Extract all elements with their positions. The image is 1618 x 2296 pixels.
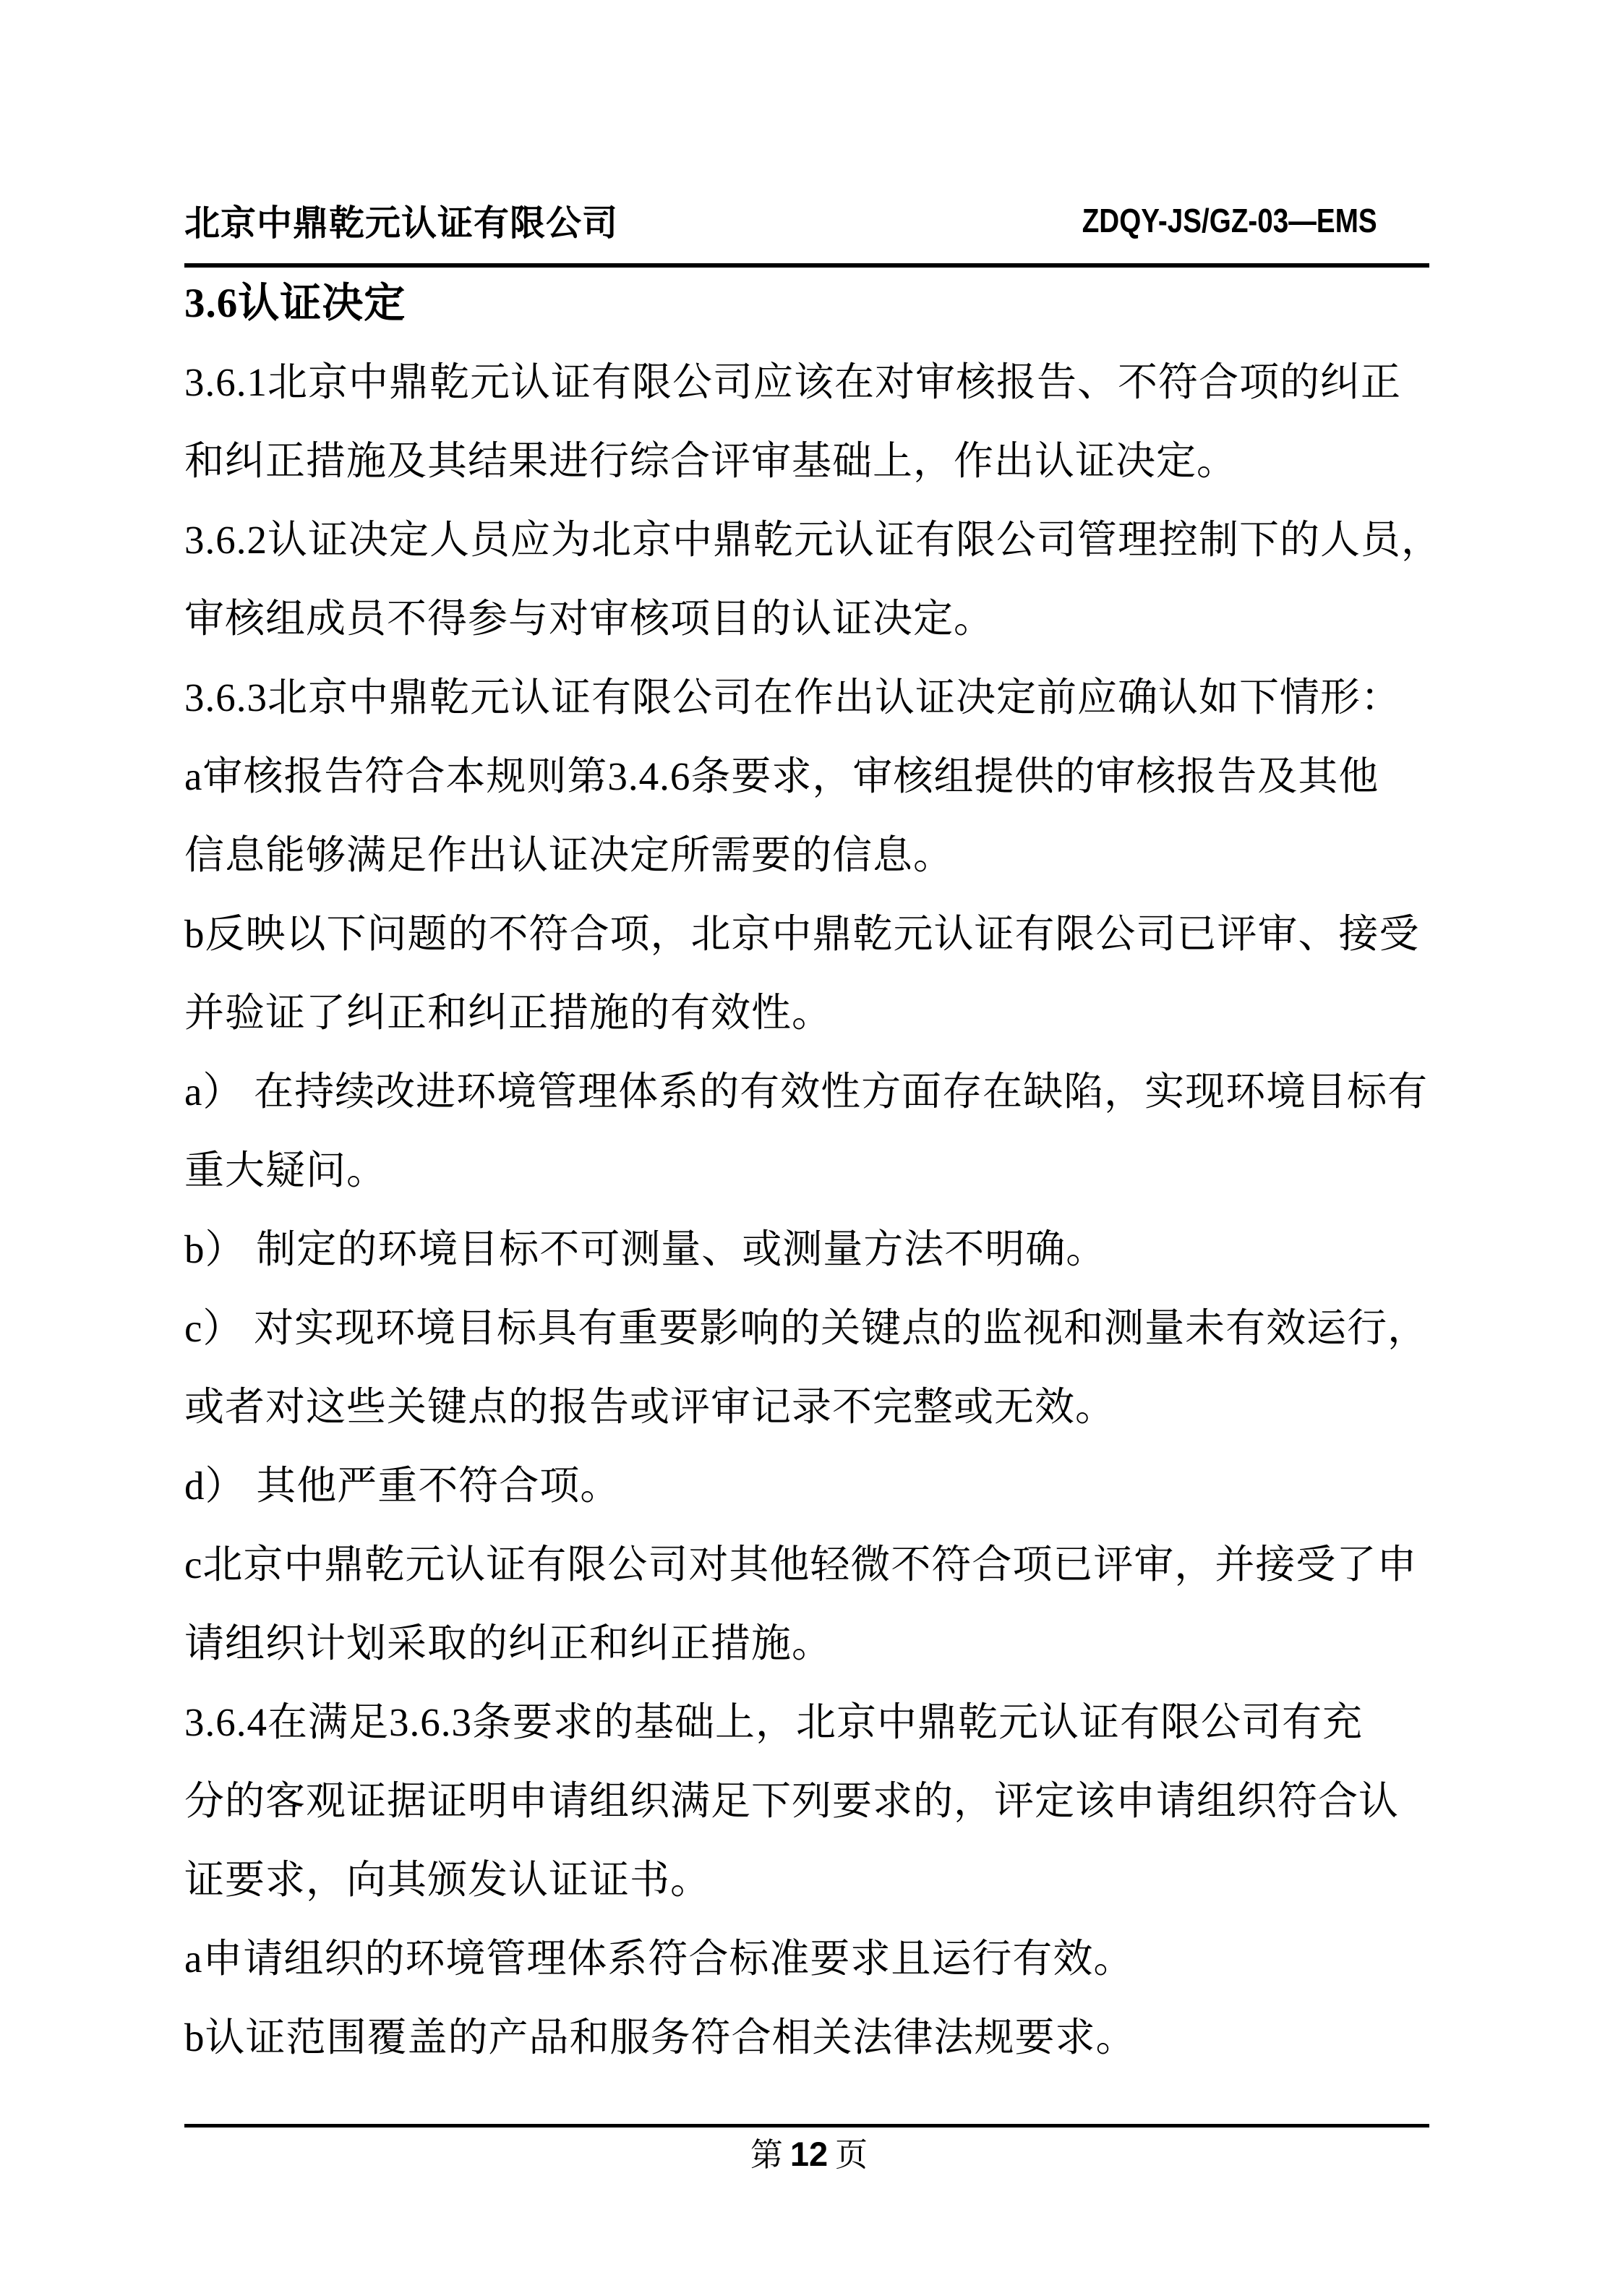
footer-divider (184, 2124, 1429, 2128)
body-line: 证要求，向其颁发认证证书。 (184, 1840, 1457, 1919)
body-line: a申请组织的环境管理体系符合标准要求且运行有效。 (184, 1919, 1457, 1998)
body-line: 3.6.1北京中鼎乾元认证有限公司应该在对审核报告、不符合项的纠正 (184, 343, 1457, 422)
body-line: 3.6.3北京中鼎乾元认证有限公司在作出认证决定前应确认如下情形： (184, 658, 1457, 737)
body-line: 审核组成员不得参与对审核项目的认证决定。 (184, 579, 1457, 658)
section-heading: 3.6认证决定 (184, 264, 1457, 343)
page-number-prefix: 第 (750, 2137, 783, 2173)
body-line: a） 在持续改进环境管理体系的有效性方面存在缺陷，实现环境目标有 (184, 1052, 1457, 1131)
body-line: d） 其他严重不符合项。 (184, 1446, 1457, 1525)
body-line: 或者对这些关键点的报告或评审记录不完整或无效。 (184, 1367, 1457, 1446)
page-number-suffix: 页 (835, 2137, 868, 2173)
body-line: c北京中鼎乾元认证有限公司对其他轻微不符合项已评审，并接受了申 (184, 1525, 1457, 1604)
document-page: 北京中鼎乾元认证有限公司 ZDQY-JS/GZ-03—EMS 3.6认证决定 3… (0, 0, 1618, 2296)
body-line: 并验证了纠正和纠正措施的有效性。 (184, 973, 1457, 1052)
body-line: 3.6.4在满足3.6.3条要求的基础上，北京中鼎乾元认证有限公司有充 (184, 1683, 1457, 1762)
body-line: b反映以下问题的不符合项，北京中鼎乾元认证有限公司已评审、接受 (184, 895, 1457, 973)
body-line: 3.6.2认证决定人员应为北京中鼎乾元认证有限公司管理控制下的人员， (184, 500, 1457, 579)
body-line: 信息能够满足作出认证决定所需要的信息。 (184, 816, 1457, 895)
body-line: 请组织计划采取的纠正和纠正措施。 (184, 1604, 1457, 1683)
page-number: 第12页 (0, 2128, 1618, 2175)
body-line: b认证范围覆盖的产品和服务符合相关法律法规要求。 (184, 1998, 1457, 2077)
header-document-code: ZDQY-JS/GZ-03—EMS (1082, 201, 1377, 240)
body-line: a审核报告符合本规则第3.4.6条要求，审核组提供的审核报告及其他 (184, 737, 1457, 816)
body-line: 和纠正措施及其结果进行综合评审基础上，作出认证决定。 (184, 422, 1457, 500)
body-line: c） 对实现环境目标具有重要影响的关键点的监视和测量未有效运行， (184, 1289, 1457, 1367)
body-line: b） 制定的环境目标不可测量、或测量方法不明确。 (184, 1210, 1457, 1289)
header-company-name: 北京中鼎乾元认证有限公司 (184, 195, 618, 246)
page-number-value: 12 (790, 2135, 828, 2173)
body-line: 重大疑问。 (184, 1131, 1457, 1210)
body-text: 3.6认证决定 3.6.1北京中鼎乾元认证有限公司应该在对审核报告、不符合项的纠… (184, 264, 1457, 2077)
body-line: 分的客观证据证明申请组织满足下列要求的，评定该申请组织符合认 (184, 1762, 1457, 1840)
